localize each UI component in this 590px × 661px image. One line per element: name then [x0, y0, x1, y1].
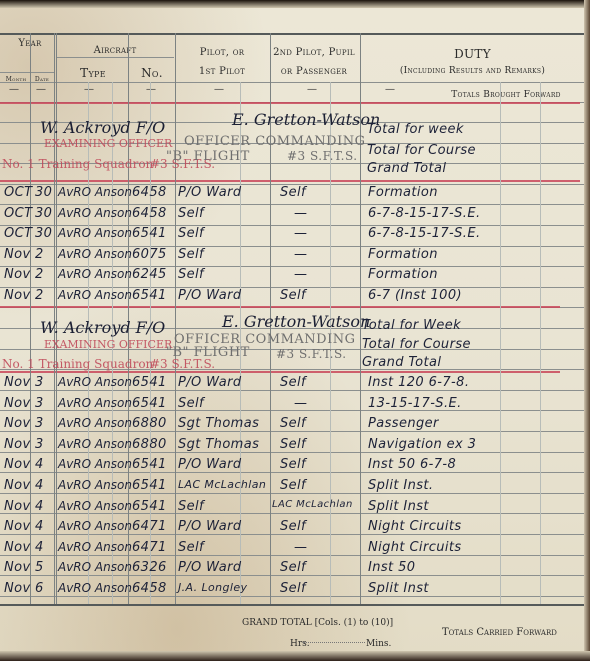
header-second-pilot-1: 2nd Pilot, Pupil [270, 47, 358, 58]
pilot-cell: Self [178, 247, 204, 262]
squadron-stamp: No. 1 Training Squadron [2, 357, 153, 371]
aircraft-number-cell: 6880 [132, 416, 167, 431]
red-rule [0, 102, 580, 104]
table-row: Nov2AvRO Anson6075Self—Formation [0, 245, 585, 266]
table-row: Nov3AvRO Anson6880Sgt ThomasSelfNavigati… [0, 435, 585, 456]
table-row: OCT30AvRO Anson6458P/O WardSelfFormation [0, 183, 585, 204]
pilot-cell: P/O Ward [178, 560, 242, 575]
grand-total-label: Grand Total [362, 355, 441, 370]
aircraft-sub-rule [56, 57, 174, 58]
table-row: OCT30AvRO Anson6458Self—6-7-8-15-17-S.E. [0, 204, 585, 225]
aircraft-number-cell: 6541 [132, 288, 167, 303]
table-row: Nov4AvRO Anson6471Self—Night Circuits [0, 538, 585, 559]
aircraft-type-cell: AvRO Anson [58, 185, 132, 199]
grand-total-label: Grand Total [367, 161, 446, 176]
oc-signature: E. Gretton-Watson [232, 110, 380, 129]
second-pilot-cell: Self [280, 375, 306, 390]
date-cell: 30 [35, 226, 52, 241]
pilot-cell: Self [178, 226, 204, 241]
duty-cell: Split Inst [368, 499, 429, 514]
table-bottom-rule [0, 604, 585, 606]
header-pilot-2: 1st Pilot [175, 66, 269, 77]
header-no: No. [130, 66, 174, 80]
oc-signature: E. Gretton-Watson [222, 312, 370, 331]
second-pilot-cell: Self [280, 519, 306, 534]
month-cell: Nov [4, 396, 31, 411]
month-cell: Nov [4, 540, 31, 555]
aircraft-number-cell: 6458 [132, 206, 167, 221]
second-pilot-cell: Self [280, 437, 306, 452]
duty-cell: 6-7-8-15-17-S.E. [368, 206, 480, 221]
squadron-stamp: No. 1 Training Squadron [2, 157, 153, 171]
unit-stamp-grey: #3 S.F.T.S. [287, 149, 358, 163]
duty-cell: Inst 120 6-7-8. [368, 375, 469, 390]
second-pilot-cell: Self [280, 185, 306, 200]
pilot-cell: P/O Ward [178, 185, 242, 200]
date-cell: 3 [35, 437, 44, 452]
flight-stamp: "B" FLIGHT [166, 345, 250, 360]
header-pilot-1: Pilot, or [175, 47, 269, 58]
month-cell: Nov [4, 375, 31, 390]
dash-type: — [84, 84, 94, 95]
table-row: Nov6AvRO Anson6458J.A. LongleySelfSplit … [0, 579, 585, 600]
header-top-rule [0, 33, 585, 35]
aircraft-number-cell: 6471 [132, 540, 167, 555]
total-week-label: Total for week [367, 122, 464, 137]
duty-cell: Passenger [368, 416, 439, 431]
year-sub-rule [0, 72, 54, 73]
second-pilot-cell: — [294, 396, 307, 411]
duty-cell: Formation [368, 247, 438, 262]
table-row: OCT30AvRO Anson6541Self—6-7-8-15-17-S.E. [0, 224, 585, 245]
table-row: Nov2AvRO Anson6245Self—Formation [0, 265, 585, 286]
table-row: Nov4AvRO Anson6541LAC McLachlanSelfSplit… [0, 476, 585, 497]
pilot-cell: Self [178, 499, 204, 514]
date-cell: 4 [35, 540, 44, 555]
dash-pilot: — [214, 84, 224, 95]
duty-cell: 13-15-17-S.E. [368, 396, 462, 411]
dash-month: — [9, 84, 19, 95]
date-cell: 3 [35, 375, 44, 390]
pilot-cell: Self [178, 540, 204, 555]
month-cell: Nov [4, 267, 31, 282]
duty-cell: 6-7-8-15-17-S.E. [368, 226, 480, 241]
date-cell: 30 [35, 206, 52, 221]
date-cell: 4 [35, 519, 44, 534]
month-cell: OCT [4, 185, 32, 200]
examiner-signature: W. Ackroyd F/O [40, 318, 165, 337]
table-row: Nov2AvRO Anson6541P/O WardSelf6-7 (Inst … [0, 286, 585, 307]
aircraft-type-cell: AvRO Anson [58, 288, 132, 302]
second-pilot-cell: Self [280, 560, 306, 575]
pilot-cell: P/O Ward [178, 288, 242, 303]
second-pilot-cell: LAC McLachlan [272, 499, 353, 510]
aircraft-number-cell: 6541 [132, 499, 167, 514]
table-row: Nov4AvRO Anson6541SelfLAC McLachlanSplit… [0, 497, 585, 518]
pilot-cell: LAC McLachlan [178, 478, 266, 491]
duty-cell: 6-7 (Inst 100) [368, 288, 462, 303]
aircraft-type-cell: AvRO Anson [58, 396, 132, 410]
month-cell: Nov [4, 581, 31, 596]
month-cell: Nov [4, 288, 31, 303]
table-row: Nov4AvRO Anson6541P/O WardSelfInst 50 6-… [0, 455, 585, 476]
table-row: Nov3AvRO Anson6541P/O WardSelfInst 120 6… [0, 373, 585, 394]
aircraft-number-cell: 6541 [132, 375, 167, 390]
hrs-label: Hrs. [290, 639, 310, 649]
aircraft-type-cell: AvRO Anson [58, 247, 132, 261]
table-row: Nov3AvRO Anson6880Sgt ThomasSelfPassenge… [0, 414, 585, 435]
date-cell: 4 [35, 478, 44, 493]
aircraft-number-cell: 6326 [132, 560, 167, 575]
aircraft-number-cell: 6541 [132, 226, 167, 241]
aircraft-type-cell: AvRO Anson [58, 267, 132, 281]
second-pilot-cell: — [294, 247, 307, 262]
header-duty: DUTY [360, 47, 585, 61]
page-bottom-edge [0, 651, 590, 661]
aircraft-number-cell: 6541 [132, 396, 167, 411]
aircraft-number-cell: 6458 [132, 185, 167, 200]
second-pilot-cell: Self [280, 457, 306, 472]
second-pilot-cell: Self [280, 288, 306, 303]
examining-officer-stamp: EXAMINING OFFICER [44, 137, 172, 150]
mins-label: Mins. [366, 639, 391, 649]
date-cell: 2 [35, 288, 44, 303]
month-cell: Nov [4, 437, 31, 452]
pilot-cell: Self [178, 396, 204, 411]
aircraft-type-cell: AvRO Anson [58, 416, 132, 430]
totals-carried-forward: Totals Carried Forward [442, 627, 557, 638]
page-top-edge [0, 0, 590, 8]
pilot-cell: P/O Ward [178, 375, 242, 390]
aircraft-type-cell: AvRO Anson [58, 499, 132, 513]
date-cell: 3 [35, 416, 44, 431]
second-pilot-cell: Self [280, 478, 306, 493]
date-cell: 3 [35, 396, 44, 411]
month-cell: OCT [4, 226, 32, 241]
aircraft-number-cell: 6245 [132, 267, 167, 282]
table-row: Nov3AvRO Anson6541Self—13-15-17-S.E. [0, 394, 585, 415]
header-duty-sub: (Including Results and Remarks) [360, 66, 585, 76]
unit-stamp-grey: #3 S.F.T.S. [276, 347, 347, 361]
dash-date: — [36, 84, 46, 95]
aircraft-type-cell: AvRO Anson [58, 519, 132, 533]
second-pilot-cell: Self [280, 416, 306, 431]
month-cell: Nov [4, 457, 31, 472]
table-row: Nov4AvRO Anson6471P/O WardSelfNight Circ… [0, 517, 585, 538]
header-type: Type [56, 66, 130, 80]
duty-cell: Formation [368, 267, 438, 282]
month-cell: Nov [4, 519, 31, 534]
duty-cell: Split Inst [368, 581, 429, 596]
second-pilot-cell: — [294, 226, 307, 241]
aircraft-type-cell: AvRO Anson [58, 226, 132, 240]
header-aircraft: Aircraft [56, 45, 174, 56]
page-right-edge [584, 0, 590, 661]
examiner-signature: W. Ackroyd F/O [40, 118, 165, 137]
aircraft-number-cell: 6541 [132, 457, 167, 472]
second-pilot-cell: — [294, 206, 307, 221]
aircraft-number-cell: 6471 [132, 519, 167, 534]
date-cell: 5 [35, 560, 44, 575]
totals-brought-forward: Totals Brought Forward [426, 90, 586, 100]
pilot-cell: Self [178, 267, 204, 282]
pilot-cell: J.A. Longley [178, 581, 247, 594]
table-row: Nov5AvRO Anson6326P/O WardSelfInst 50 [0, 558, 585, 579]
flight-stamp: "B" FLIGHT [166, 149, 250, 164]
month-cell: OCT [4, 206, 32, 221]
logbook-page: Year Month Date Aircraft Type No. Pilot,… [0, 0, 590, 661]
aircraft-type-cell: AvRO Anson [58, 478, 132, 492]
total-course-label: Total for Course [367, 143, 476, 158]
dash-duty: — [385, 84, 395, 95]
month-cell: Nov [4, 560, 31, 575]
aircraft-type-cell: AvRO Anson [58, 206, 132, 220]
duty-cell: Navigation ex 3 [368, 437, 476, 452]
aircraft-type-cell: AvRO Anson [58, 560, 132, 574]
officer-commanding-stamp: OFFICER COMMANDING [184, 134, 366, 149]
duty-cell: Inst 50 [368, 560, 415, 575]
second-pilot-cell: — [294, 267, 307, 282]
date-cell: 4 [35, 457, 44, 472]
duty-cell: Formation [368, 185, 438, 200]
date-cell: 30 [35, 185, 52, 200]
date-cell: 6 [35, 581, 44, 596]
aircraft-number-cell: 6458 [132, 581, 167, 596]
aircraft-type-cell: AvRO Anson [58, 375, 132, 389]
pilot-cell: Sgt Thomas [178, 437, 259, 452]
month-cell: Nov [4, 499, 31, 514]
hrs-blank [303, 642, 365, 643]
grand-total-cols: GRAND TOTAL [Cols. (1) to (10)] [242, 618, 393, 628]
dash-no: — [146, 84, 156, 95]
aircraft-number-cell: 6075 [132, 247, 167, 262]
second-pilot-cell: — [294, 540, 307, 555]
aircraft-number-cell: 6880 [132, 437, 167, 452]
pilot-cell: Self [178, 206, 204, 221]
second-pilot-cell: Self [280, 581, 306, 596]
month-cell: Nov [4, 247, 31, 262]
aircraft-type-cell: AvRO Anson [58, 540, 132, 554]
pilot-cell: P/O Ward [178, 519, 242, 534]
month-cell: Nov [4, 478, 31, 493]
month-cell: Nov [4, 416, 31, 431]
aircraft-type-cell: AvRO Anson [58, 457, 132, 471]
duty-cell: Night Circuits [368, 540, 462, 555]
total-week-label: Total for Week [362, 318, 461, 333]
duty-cell: Split Inst. [368, 478, 433, 493]
date-cell: 2 [35, 267, 44, 282]
duty-cell: Night Circuits [368, 519, 462, 534]
duty-cell: Inst 50 6-7-8 [368, 457, 456, 472]
pilot-cell: Sgt Thomas [178, 416, 259, 431]
pilot-cell: P/O Ward [178, 457, 242, 472]
header-second-pilot-2: or Passenger [270, 66, 358, 77]
aircraft-type-cell: AvRO Anson [58, 437, 132, 451]
dash-second: — [307, 84, 317, 95]
aircraft-number-cell: 6541 [132, 478, 167, 493]
red-rule [0, 180, 580, 182]
total-course-label: Total for Course [362, 337, 471, 352]
date-cell: 4 [35, 499, 44, 514]
examining-officer-stamp: EXAMINING OFFICER [44, 338, 172, 351]
date-cell: 2 [35, 247, 44, 262]
aircraft-type-cell: AvRO Anson [58, 581, 132, 595]
